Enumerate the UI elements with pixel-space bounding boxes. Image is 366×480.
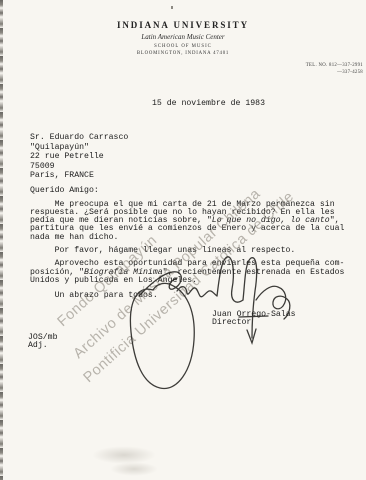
scanned-letter-page: INDIANA UNIVERSITY Latin American Music … [0, 0, 366, 480]
letter-date: 15 de noviembre de 1983 [152, 99, 265, 108]
letterhead: INDIANA UNIVERSITY Latin American Music … [0, 20, 366, 56]
letterhead-telephone: TEL. NO. 812—337-2991 —337-4258 [306, 63, 363, 76]
scan-speck [171, 6, 173, 9]
signer-title: Director [212, 319, 296, 327]
letterhead-center-name: Latin American Music Center [0, 33, 366, 41]
scan-smudge [110, 462, 158, 476]
letterhead-school: SCHOOL OF MUSIC [0, 44, 366, 49]
letterhead-university: INDIANA UNIVERSITY [0, 20, 366, 30]
reference-initials-block: JOS/mb Adj. [28, 334, 57, 351]
enclosure-note: Adj. [28, 342, 57, 350]
letterhead-address: BLOOMINGTON, INDIANA 47401 [0, 51, 366, 56]
recipient-city: París, FRANCE [30, 171, 356, 181]
scan-edge-artifact [0, 0, 3, 480]
telephone-line-1: TEL. NO. 812—337-2991 [306, 63, 363, 70]
salutation: Querido Amigo: [30, 186, 356, 196]
telephone-line-2: —337-4258 [306, 70, 363, 77]
recipient-name: Sr. Eduardo Carrasco [30, 133, 356, 143]
paragraph-1: Me preocupa el que mi carta de 21 de Mar… [30, 201, 356, 242]
signature-block: Juan Orrego-Salas Director [212, 311, 296, 328]
recipient-group: "Quilapayún" [30, 143, 356, 153]
recipient-street: 22 rue Petrelle [30, 152, 356, 162]
recipient-postcode: 75009 [30, 162, 356, 172]
